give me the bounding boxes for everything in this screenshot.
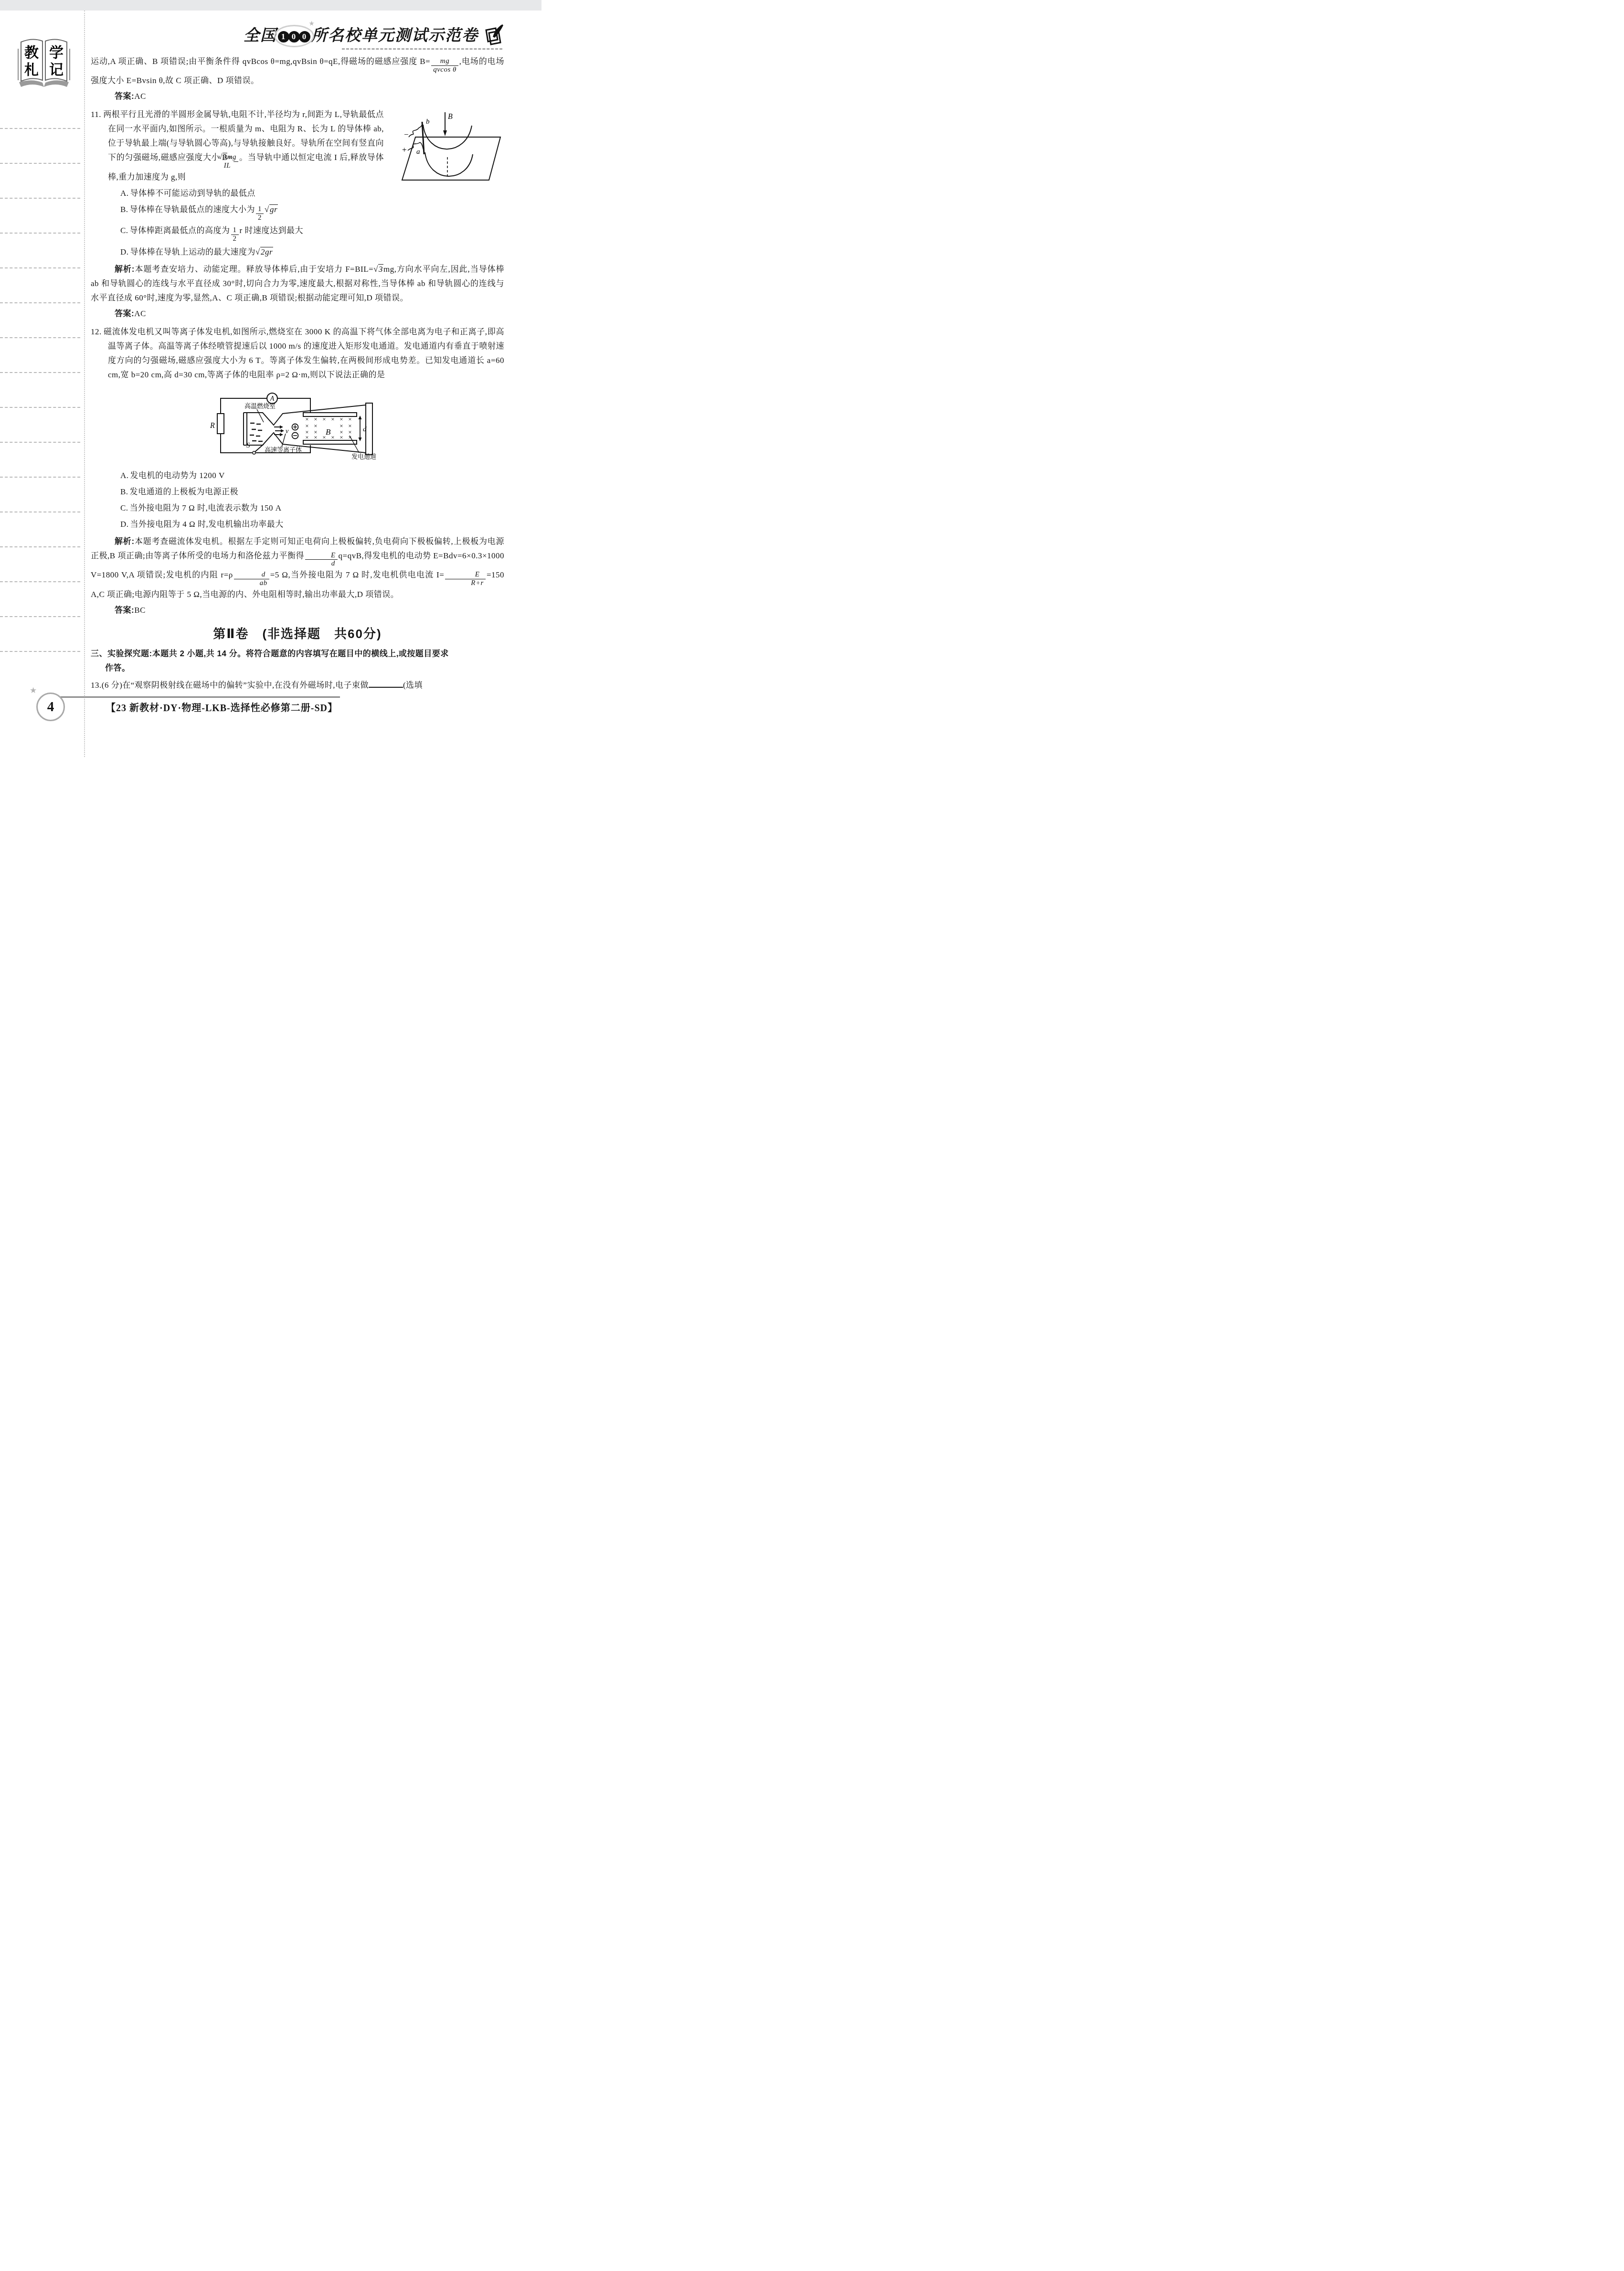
q11-number: 11. — [91, 110, 103, 119]
note-ruled-line — [0, 581, 80, 582]
q11-label-plus: + — [402, 145, 407, 154]
answer-label: 答案: — [115, 309, 134, 318]
fraction: Ed — [305, 552, 338, 568]
q12-option-a: A.发电机的电动势为 1200 V — [91, 469, 504, 483]
prev-answer-line: 答案:AC — [91, 89, 504, 104]
prev-answer-text: 运动,A 项正确、B 项错误;由平衡条件得 qvBcos θ=mg,qvBsin… — [91, 54, 504, 88]
section-3-header-line2: 作答。 — [91, 661, 504, 675]
question-11: B b a − + 11.两根平行且光滑的半圆形金属导轨,电阻不计,半径均为 r… — [91, 107, 504, 320]
header: 全国100所名校单元测试示范卷 — [91, 23, 504, 45]
q11-answer-line: 答案:AC — [91, 307, 504, 321]
svg-text:×: × — [340, 416, 343, 423]
svg-text:×: × — [348, 434, 351, 441]
note-ruled-line — [0, 512, 80, 512]
page-number: 4 — [36, 693, 65, 721]
note-ruled-line — [0, 442, 80, 443]
notes-sidebar: 教 学 札 记 ★ 4 — [0, 11, 85, 757]
resistor-label: R — [210, 422, 215, 430]
note-ruled-line — [0, 337, 80, 338]
answer-label: 答案: — [115, 92, 134, 101]
footer-rule — [55, 696, 340, 698]
answer-value: AC — [134, 92, 146, 101]
sqrt-sign: √ — [218, 153, 223, 161]
quill-logo-icon — [483, 23, 504, 45]
svg-text:×: × — [340, 434, 343, 441]
page-top-edge — [0, 0, 541, 11]
ammeter-label: A — [270, 395, 275, 403]
title-pre: 全国 — [244, 27, 277, 44]
plasma-label: 高速等离子体 — [265, 446, 302, 453]
fraction: mgqvcos θ — [431, 57, 458, 74]
svg-text:×: × — [314, 434, 317, 441]
title-post: 所名校单元测试示范卷 — [311, 27, 478, 44]
answer-value: AC — [134, 309, 146, 318]
note-ruled-line — [0, 546, 80, 547]
q12-option-b: B.发电通道的上极板为电源正极 — [91, 485, 504, 499]
note-ruled-line — [0, 407, 80, 408]
sqrt-sign: √ — [255, 247, 260, 256]
logo-char: 札 — [24, 62, 39, 78]
note-ruled-line — [0, 128, 80, 129]
q11-explanation: 解析:本题考查安培力、动能定理。释放导体棒后,由于安培力 F=BIL=√3mg,… — [91, 262, 504, 305]
jet-arrows — [274, 425, 284, 436]
q13-answer-blank — [369, 680, 403, 688]
exam-page: 教 学 札 记 ★ 4 全国100所名校单元测试示范卷 运动,A 项正确、B 项… — [0, 0, 541, 757]
velocity-label: v — [286, 428, 289, 435]
logo-char: 记 — [49, 62, 64, 78]
page-star-icon: ★ — [30, 686, 37, 695]
note-ruled-line — [0, 616, 80, 617]
fraction: dab — [234, 571, 269, 587]
note-ruled-line — [0, 198, 80, 199]
q11-option-c: C.导体棒距离最低点的高度为12r 时速度达到最大 — [91, 224, 504, 243]
svg-text:×: × — [305, 434, 308, 441]
field-label: B — [326, 427, 331, 437]
book-logo-icon: 教 学 札 记 — [16, 34, 72, 95]
q11-label-b: b — [426, 118, 430, 126]
q11-label-a: a — [416, 148, 420, 156]
q13-text-2: (选填 — [403, 681, 423, 690]
q12-answer-line: 答案:BC — [91, 603, 504, 618]
q11-label-minus: − — [404, 130, 409, 139]
note-ruled-line — [0, 477, 80, 478]
svg-text:×: × — [331, 434, 334, 441]
note-ruled-line — [0, 651, 80, 652]
gap-label: d — [363, 426, 367, 433]
answer-value: BC — [134, 606, 146, 615]
paper-series-title: 全国100所名校单元测试示范卷 — [244, 23, 478, 45]
note-ruled-line — [0, 267, 80, 268]
q11-option-d: D.导体棒在导轨上运动的最大速度为√2gr — [91, 245, 504, 259]
header-underline — [342, 48, 502, 50]
svg-text:×: × — [305, 416, 308, 423]
q12-number: 12. — [91, 327, 104, 336]
section-3-header: 三、实验探究题:本题共 2 小题,共 14 分。将符合题意的内容填写在题目中的横… — [91, 647, 504, 661]
fraction: √3mgIL — [234, 153, 238, 170]
footer-brand: 【23 新教材·DY·物理-LKB-选择性必修第二册-SD】 — [106, 700, 338, 714]
q12-option-d: D.当外接电阻为 4 Ω 时,发电机输出功率最大 — [91, 517, 504, 532]
q12-mhd-generator-diagram: A R S v — [210, 385, 415, 460]
explain-label: 解析: — [115, 537, 135, 546]
svg-text:×: × — [331, 416, 334, 423]
q12-explanation: 解析:本题考查磁流体发电机。根据左手定则可知正电荷向上极板偏转,负电荷向下极板偏… — [91, 534, 504, 602]
note-ruled-line — [0, 302, 80, 303]
fraction: 12 — [256, 205, 264, 222]
svg-text:×: × — [348, 416, 351, 423]
question-13: 13.(6 分)在“观察阴极射线在磁场中的偏转”实验中,在没有外磁场时,电子束做… — [91, 678, 504, 693]
fraction: ER+r — [445, 571, 486, 587]
fraction: 12 — [231, 226, 239, 243]
combustion-chamber-label: 高温燃烧室 — [244, 402, 276, 409]
note-ruled-line — [0, 233, 80, 234]
question-12: 12.磁流体发电机又叫等离子体发电机,如图所示,燃烧室在 3000 K 的高温下… — [91, 325, 504, 618]
logo-char: 教 — [24, 45, 39, 61]
answer-label: 答案: — [115, 606, 134, 615]
100-emblem: 100 — [278, 27, 310, 45]
channel-label: 发电通道 — [351, 453, 376, 460]
part-2-heading: 第Ⅱ卷 (非选择题 共60分) — [91, 624, 504, 642]
plasma-particles — [250, 423, 263, 441]
svg-text:×: × — [314, 416, 317, 423]
prev-text: 运动,A 项正确、B 项错误;由平衡条件得 qvBcos θ=mg,qvBsin… — [91, 57, 430, 66]
q12-option-c: C.当外接电阻为 7 Ω 时,电流表示数为 150 A — [91, 501, 504, 515]
q11-option-b: B.导体棒在导轨最低点的速度大小为12√gr — [91, 203, 504, 222]
q13-text: 13.(6 分)在“观察阴极射线在磁场中的偏转”实验中,在没有外磁场时,电子束做 — [91, 681, 369, 690]
q12-stem: 12.磁流体发电机又叫等离子体发电机,如图所示,燃烧室在 3000 K 的高温下… — [91, 325, 504, 382]
sqrt-sign: √ — [265, 205, 269, 214]
svg-text:×: × — [322, 416, 326, 423]
q11-label-B: B — [448, 113, 453, 121]
sqrt-sign: √ — [373, 265, 378, 274]
q12-stem-text: 磁流体发电机又叫等离子体发电机,如图所示,燃烧室在 3000 K 的高温下将气体… — [104, 327, 504, 379]
explain-label: 解析: — [115, 265, 135, 274]
main-content: 全国100所名校单元测试示范卷 运动,A 项正确、B 项错误;由平衡条件得 qv… — [91, 12, 504, 693]
note-ruled-line — [0, 372, 80, 373]
logo-char: 学 — [49, 45, 64, 61]
note-ruled-line — [0, 163, 80, 164]
q11-rail-diagram: B b a − + — [390, 108, 504, 191]
